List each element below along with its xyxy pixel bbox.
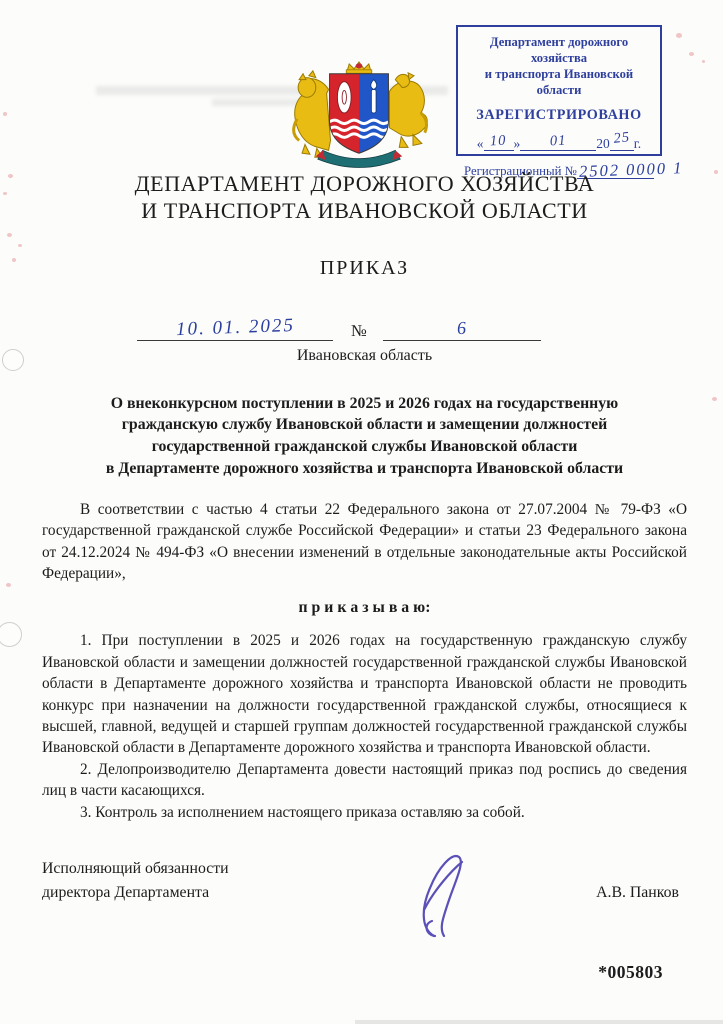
order-item-3: 3. Контроль за исполнением настоящего пр… bbox=[42, 802, 687, 823]
scan-speck bbox=[12, 258, 16, 262]
handwritten-number: 6 bbox=[457, 317, 467, 339]
stamp-year-g: г. bbox=[634, 137, 641, 151]
punch-hole bbox=[2, 349, 24, 371]
scan-speck bbox=[3, 192, 7, 195]
stamp-registered-label: ЗАРЕГИСТРИРОВАНО bbox=[464, 107, 654, 124]
scan-speck bbox=[714, 170, 718, 174]
subject-line: гражданскую службу Ивановской области и … bbox=[42, 414, 687, 436]
order-item-1: 1. При поступлении в 2025 и 2026 годах н… bbox=[42, 630, 687, 758]
document-code: *005803 bbox=[598, 962, 663, 983]
place-label: Ивановская область bbox=[42, 347, 687, 365]
date-number-line: 10. 01. 2025 № 6 bbox=[137, 317, 687, 341]
stamp-date-row: « 10 » 01 20 25 г. bbox=[464, 135, 654, 151]
order-subject: О внеконкурсном поступлении в 2025 и 202… bbox=[42, 393, 687, 480]
subject-line: в Департаменте дорожного хозяйства и тра… bbox=[42, 458, 687, 480]
date-field: 10. 01. 2025 bbox=[137, 317, 333, 341]
signature-icon bbox=[408, 848, 480, 940]
stamp-org-name: и транспорта Ивановской области bbox=[464, 66, 654, 98]
stamp-quote-open: « bbox=[477, 137, 484, 151]
scan-speck bbox=[702, 60, 705, 63]
number-field: 6 bbox=[383, 318, 541, 341]
department-title: ДЕПАРТАМЕНТ ДОРОЖНОГО ХОЗЯЙСТВА И ТРАНСП… bbox=[42, 170, 687, 225]
scan-speck bbox=[6, 583, 11, 587]
department-title-line1: ДЕПАРТАМЕНТ ДОРОЖНОГО ХОЗЯЙСТВА bbox=[42, 170, 687, 197]
stamp-year-value: 25 bbox=[612, 131, 630, 147]
stamp-day-field: 10 bbox=[484, 135, 514, 151]
signature-block: Исполняющий обязанности директора Департ… bbox=[42, 857, 687, 906]
order-items: 1. При поступлении в 2025 и 2026 годах н… bbox=[42, 630, 687, 823]
signer-position-line2: директора Департамента bbox=[42, 881, 229, 905]
signer-name: А.В. Панков bbox=[596, 881, 687, 905]
stamp-month-value: 01 bbox=[550, 134, 567, 149]
order-word: п р и к а з ы в а ю: bbox=[42, 599, 687, 617]
number-sign: № bbox=[351, 321, 367, 341]
subject-line: О внеконкурсном поступлении в 2025 и 202… bbox=[42, 393, 687, 415]
scan-speck bbox=[8, 174, 13, 178]
scan-speck bbox=[7, 233, 12, 237]
registration-stamp: Департамент дорожного хозяйства и трансп… bbox=[456, 25, 662, 156]
stamp-org-name: Департамент дорожного хозяйства bbox=[464, 34, 654, 66]
stamp-quote-close: » bbox=[514, 137, 521, 151]
scanned-order-document: Департамент дорожного хозяйства и трансп… bbox=[0, 0, 723, 1024]
punch-hole bbox=[0, 622, 22, 647]
stamp-day-value: 10 bbox=[490, 134, 507, 149]
coat-of-arms-icon bbox=[283, 60, 435, 168]
document-body: ДЕПАРТАМЕНТ ДОРОЖНОГО ХОЗЯЙСТВА И ТРАНСП… bbox=[42, 170, 687, 906]
document-type-label: ПРИКАЗ bbox=[42, 257, 687, 280]
subject-line: государственной гражданской службы Ивано… bbox=[42, 436, 687, 458]
department-title-line2: И ТРАНСПОРТА ИВАНОВСКОЙ ОБЛАСТИ bbox=[42, 197, 687, 224]
stamp-month-field: 01 bbox=[520, 135, 596, 151]
scan-speck bbox=[3, 112, 7, 116]
preamble-paragraph: В соответствии с частью 4 статьи 22 Феде… bbox=[42, 499, 687, 585]
scan-speck bbox=[689, 52, 694, 56]
order-item-2: 2. Делопроизводителю Департамента довест… bbox=[42, 759, 687, 802]
scan-speck bbox=[18, 244, 22, 247]
scan-edge-shadow bbox=[355, 1020, 723, 1024]
scan-speck bbox=[712, 397, 717, 401]
scan-speck bbox=[676, 33, 682, 38]
stamp-year-prefix: 20 bbox=[596, 137, 610, 151]
stamp-year-field: 25 bbox=[610, 135, 634, 151]
handwritten-date: 10. 01. 2025 bbox=[175, 314, 295, 340]
signer-position: Исполняющий обязанности директора Департ… bbox=[42, 857, 229, 906]
signer-position-line1: Исполняющий обязанности bbox=[42, 857, 229, 881]
